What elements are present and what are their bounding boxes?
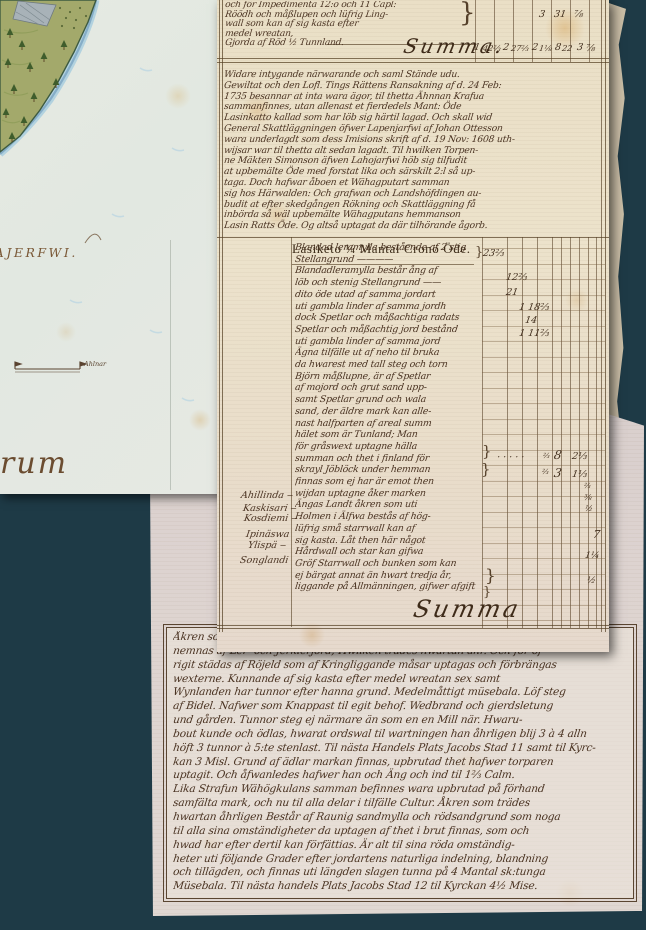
value-cell: 12⅔: [505, 272, 528, 283]
grid-row-line: [482, 264, 605, 265]
brace-mark: }: [475, 246, 483, 259]
text-line: hälet som är Tunland; Man: [295, 429, 479, 441]
text-line: uti gambla linder af samma jord: [295, 336, 479, 348]
text-line: uptagit. Och åfwanledes hafwer han och Ä…: [173, 769, 629, 783]
map-sheet: LAJERFWI. Ahlnar rum: [0, 0, 222, 494]
value-cell: 1⅓: [571, 469, 588, 480]
value-cell: 2⅓: [571, 451, 588, 462]
grid-row-line: [482, 419, 605, 420]
text-line: samt Spetlar grund och wala: [295, 394, 479, 406]
grid-row-line: [482, 465, 605, 466]
text-line: wara underlagdt som dess Imisions skrift…: [224, 135, 604, 146]
rule-line: [217, 58, 609, 59]
value-cell: 14: [524, 315, 538, 326]
text-line: löb och stenig Stellangrund ——: [295, 277, 479, 289]
text-line: uti gambla linder af samma jordh: [295, 301, 479, 313]
rule-line: [219, 0, 220, 632]
text-line: sand, der äldre mark kan alle-: [295, 406, 479, 418]
rule-line: [596, 237, 597, 628]
value-cell: ⅞: [585, 43, 596, 54]
summa-bottom-label: Summa: [411, 595, 524, 623]
text-line: sig kasta. Låt then här något: [295, 535, 479, 547]
village-name: Ylispä ‒: [247, 540, 287, 551]
text-line: finnas som ej har är emot then: [295, 476, 479, 488]
main-paragraph: Widare intygande närwarande och saml Stä…: [224, 70, 604, 234]
text-line: Gewiltat och den Lofl. Tings Rättens Ran…: [224, 81, 604, 92]
value-cell: 3: [538, 9, 546, 20]
value-cell: 7: [592, 528, 601, 541]
brace-mark: }: [485, 568, 496, 585]
value-cell: 21: [505, 287, 519, 298]
value-cell: ⅜: [583, 493, 592, 502]
value-cell: 1 11⅔: [518, 328, 550, 339]
brace-mark: }: [459, 0, 476, 26]
text-line: Björn måßlupne, är af Spetlar: [295, 371, 479, 383]
value-cell: 22: [561, 44, 573, 53]
text-line: Lasin Ratts Öde. Og altså uptagat da där…: [224, 221, 604, 232]
map-corner-text: rum: [0, 446, 68, 481]
text-line: Stellangrund ————: [295, 254, 479, 266]
text-line: Blandad leramylla bestående af 2 stig: [295, 242, 479, 254]
notes-lines: Åkren som til thetta åfwanstående Torp l…: [173, 631, 629, 893]
text-line: hwartan åhrligen Består af Raunig sandmy…: [173, 811, 629, 825]
text-line: Ägna tilfälle ut af neho til bruka: [295, 347, 479, 359]
grid-row-line: [482, 357, 605, 358]
text-line: Müsebala. Til nästa handels Plats Jacobs…: [173, 880, 629, 893]
text-line: och tillägden, och finnas uti längden sl…: [173, 866, 629, 880]
text-line: för gråswext uptagne hälla: [295, 441, 479, 453]
value-cell: 1⅛: [538, 44, 552, 53]
rule-line: [217, 625, 609, 626]
text-line: hwad har efter dertil kan förfättias. Är…: [173, 839, 629, 853]
text-line: liggande på Allmänningen, gifwer afgift: [295, 581, 479, 593]
village-name: Songlandi: [239, 555, 289, 566]
grid-row-line: [482, 527, 605, 528]
village-name: Ipinäswa: [245, 529, 290, 540]
rule-line: [579, 237, 580, 628]
rule-line: [522, 237, 523, 628]
text-line: rigit städas af Röjeld som af Kringligga…: [173, 659, 629, 673]
pen-flourish: [85, 234, 101, 243]
text-line: Spetlar och måßachtig jord bestånd: [295, 324, 479, 336]
text-line: heter uti följande Grader efter jordarte…: [173, 853, 629, 867]
value-cell: ⅔: [583, 482, 591, 490]
grid-row-line: [482, 589, 605, 590]
brace-mark: }: [481, 462, 491, 477]
text-line: Wynlanden har tunnor efter hanna grund. …: [173, 686, 629, 700]
lake-name-label: LAJERFWI.: [0, 245, 78, 260]
value-cell: 23⅔: [482, 248, 505, 259]
text-line: wexterne. Kunnande af sig kasta efter me…: [173, 673, 629, 687]
value-cell: 3: [576, 42, 584, 53]
text-line: Gröf Starrwall och bunken som kan: [295, 558, 479, 570]
scale-unit-label: Ahlnar: [84, 360, 106, 368]
grid-row-line: [482, 295, 605, 296]
grid-row-line: [482, 326, 605, 327]
text-line: Blandadleramylla består ång af: [295, 265, 479, 277]
text-line: nast halfparten af areal summ: [295, 418, 479, 430]
text-line: bout kunde och ödlas, hwarat ordswal til…: [173, 728, 629, 742]
text-line: lüfrig små starrwall kan af: [295, 523, 479, 535]
text-line: til alla sina omständigheter da uptagen …: [173, 825, 629, 839]
text-line: da hwarest med tall steg och torn: [295, 359, 479, 371]
rule-line: [222, 0, 223, 632]
grid-row-line: [482, 543, 605, 544]
rule-line: [588, 237, 589, 628]
text-line: Lika Strafun Wähögkulans samman befinnes…: [173, 783, 629, 797]
text-line: af mojord och grut sand upp-: [295, 382, 479, 394]
survey-sheet: och för Impedimenta 12:o och 11 Capl:Röö…: [217, 0, 609, 652]
text-line: samfälta mark, och nu til alla delar i t…: [173, 797, 629, 811]
text-line: dock Spetlar och måßachtiga radats: [295, 312, 479, 324]
archival-document-photo: Åkren som til thetta åfwanstående Torp l…: [0, 0, 646, 930]
text-line: Holmen i Älfwa bestås af hög-: [295, 511, 479, 523]
value-cell: 1 18⅔: [518, 302, 550, 313]
text-line: kan 3 Misl. Grund af ädlar markan finnas…: [173, 756, 629, 770]
value-cell: ⅔: [542, 452, 550, 460]
value-cell: 31: [553, 9, 567, 20]
grid-row-line: [482, 403, 605, 404]
rule-line: [537, 237, 538, 628]
pencil-guide-line: [170, 240, 171, 490]
rule-line: [561, 237, 562, 628]
brace-mark: }: [482, 444, 492, 459]
rule-line: [605, 0, 606, 632]
text-line: wijdan uptagne åker marken: [295, 488, 479, 500]
grid-row-line: [482, 434, 605, 435]
grid-row-line: [482, 388, 605, 389]
text-line: Ängas Landt åkren som uti: [295, 499, 479, 511]
rule-line: [291, 237, 292, 627]
text-line: höft 3 tunnor à 5:te stenlast. Til nästa…: [173, 742, 629, 756]
value-cell: 42⅔: [482, 44, 501, 53]
rule-line: [482, 237, 483, 628]
text-line: und gården. Tunnor steg ej närmare än so…: [173, 714, 629, 728]
rule-line: [570, 237, 571, 628]
text-line: sig hos Härwalden: Och grafwan och Lands…: [224, 189, 604, 200]
value-cell: · · · · ·: [496, 452, 525, 463]
value-cell: ½: [586, 576, 596, 586]
village-name: Kosdiemi ‒: [243, 513, 298, 524]
value-cell: 2: [502, 42, 510, 53]
village-name: Ahillinda ‒: [240, 490, 294, 501]
grid-row-line: [482, 279, 605, 280]
scale-flag-icon: [15, 362, 21, 366]
text-line: ej bärgat annat än hwart tredja år,: [295, 570, 479, 582]
grid-row-line: [482, 372, 605, 373]
grid-row-line: [482, 341, 605, 342]
table-row-lines: Blandad leramylla bestående af 2 stigSte…: [295, 242, 479, 596]
text-line: skrayl Jöblöck under hemman: [295, 464, 479, 476]
text-line: af Bidel. Nafwer som Knappast til egit b…: [173, 700, 629, 714]
value-cell: 27⅔: [510, 44, 529, 53]
rule-line: [217, 62, 609, 63]
rule-line: [217, 628, 609, 629]
value-cell: ⅞: [573, 9, 584, 20]
notes-border-block: Åkren som til thetta åfwanstående Torp l…: [166, 627, 634, 899]
text-line: dito öde utad af samma jordart: [295, 289, 479, 301]
text-line: summan och thet i finland för: [295, 453, 479, 465]
rule-line: [217, 237, 609, 238]
rule-line: [552, 237, 553, 628]
value-cell: ⅔: [541, 468, 549, 476]
water-streaks: [70, 68, 194, 401]
grid-row-line: [482, 574, 605, 575]
text-line: Hårdwall och star kan gifwa: [295, 546, 479, 558]
value-cell: 1¼: [584, 551, 600, 561]
scale-bar: [15, 362, 86, 372]
value-cell: ½: [584, 504, 593, 513]
